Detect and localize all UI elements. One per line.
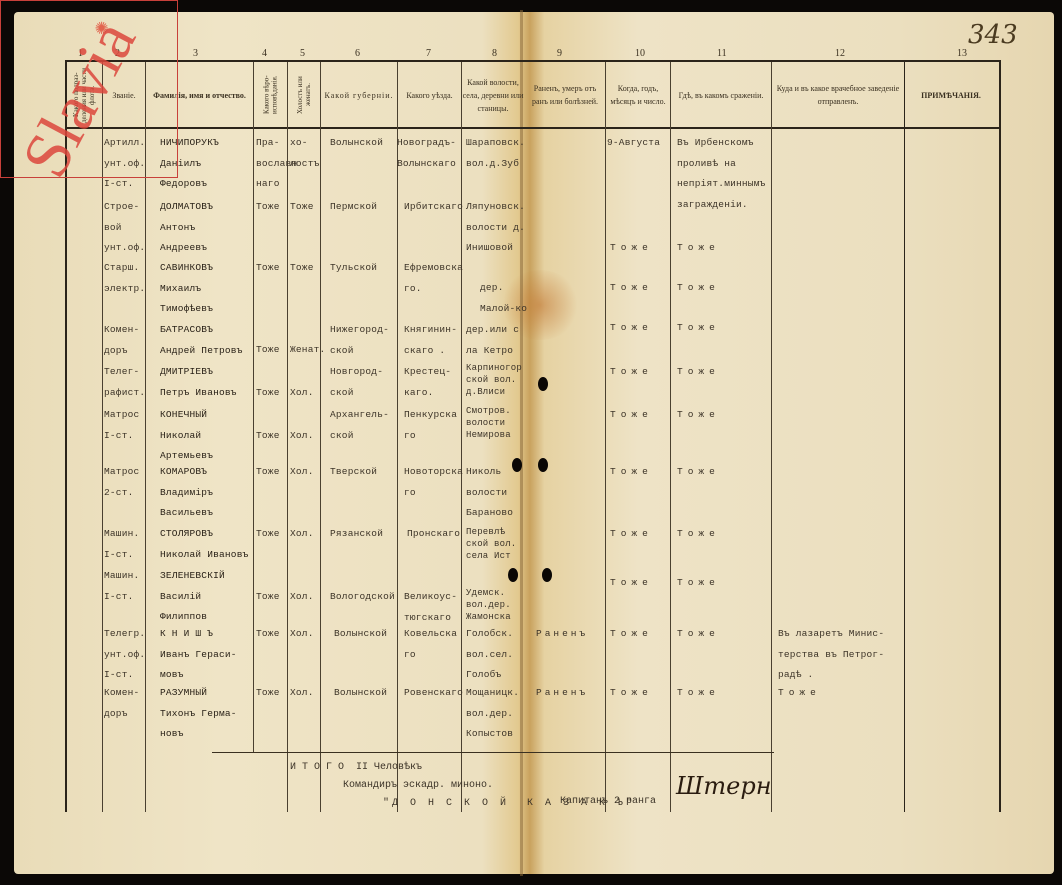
cell-uezd: Пенкурска го (404, 405, 457, 446)
header-hospital: Куда и въ какое врачебное заведеніе отпр… (772, 64, 904, 126)
cell-name: ЗЕЛЕНЕВСКІЙ Василій Филиппов (160, 566, 225, 628)
cell-gubernia: Волынской (330, 133, 383, 154)
column-number: 12 (835, 48, 845, 59)
cell-name: ДМИТРІЕВЪ Петръ Ивановъ (160, 362, 237, 403)
header-battle: Гдѣ, въ какомъ сраженіи. (671, 64, 771, 126)
cell-marital: Тоже (290, 258, 314, 279)
column-number: 3 (193, 48, 198, 59)
cell-uezd: Новоторска го (404, 462, 463, 503)
cell-marital: Женат. (290, 340, 325, 361)
cell-date: Тоже (610, 278, 653, 299)
cell-marital: Хол. (290, 524, 314, 545)
cell-rank: Старш. электр. (104, 258, 145, 299)
column-number: 11 (717, 48, 727, 59)
cell-uezd: Ровенскаго (404, 683, 463, 704)
cell-date: Тоже (610, 462, 653, 483)
cell-hospital: Въ лазаретъ Минис- терства въ Петрог- ра… (778, 624, 884, 686)
cell-rank: Комен- доръ (104, 683, 139, 724)
cell-battle: Тоже (677, 524, 720, 545)
captain-rank: Капитанъ 2 ранга (560, 796, 656, 807)
cell-name: КОМАРОВЪ Владиміръ Васильевъ (160, 462, 213, 524)
cell-battle: Тоже (677, 405, 720, 426)
cell-marital: Хол. (290, 462, 314, 483)
cell-volost: дер. Малой-ко (480, 278, 527, 319)
watermark-frame: ✺ Slavia (0, 0, 178, 178)
cell-volost: Карпиногор ской вол. д.Влиси (466, 362, 522, 398)
cell-rank: Комен- доръ (104, 320, 139, 361)
cell-date: Тоже (610, 624, 653, 645)
cell-rank: Строе- вой унт.оф. (104, 197, 145, 259)
header-uezd: Какого уѣзда. (398, 64, 461, 126)
column-divider (771, 62, 772, 812)
cell-battle: Тоже (677, 683, 720, 704)
cell-date: Тоже (610, 524, 653, 545)
cell-gubernia: Тульской (330, 258, 377, 279)
cell-uezd: Крестец- каго. (404, 362, 451, 403)
cell-name: РАЗУМНЫЙ Тихонъ Герма- новъ (160, 683, 237, 745)
cell-gubernia: Волынской (334, 624, 387, 645)
cell-battle: Тоже (677, 573, 720, 594)
cell-rank: Телегр. унт.оф. I-ст. (104, 624, 145, 686)
cell-uezd: Ковельска го (404, 624, 457, 665)
punch-hole (542, 568, 552, 582)
header-marital-status: Холостъ или женатъ. (288, 64, 320, 126)
column-divider (670, 62, 671, 812)
cell-gubernia: Вологодской (330, 587, 395, 608)
cell-religion: Тоже (256, 462, 280, 483)
cell-date: Тоже (610, 683, 653, 704)
column-number: 10 (635, 48, 645, 59)
cell-date: Тоже (610, 238, 653, 259)
header-date: Когда, годъ, мѣсяцъ и число. (606, 64, 670, 126)
cell-date: Тоже (610, 405, 653, 426)
header-notes: ПРИМѢЧАНІЯ. (905, 64, 997, 126)
cell-battle: Тоже (677, 278, 720, 299)
cell-battle: Тоже (677, 318, 720, 339)
handwritten-page-number: 343 (968, 20, 1018, 50)
cell-battle: Въ Ирбенскомъ проливѣ на непріят.миннымъ… (677, 133, 766, 215)
cell-casualty: Раненъ (536, 683, 588, 704)
cell-gubernia: Нижегород- ской (330, 320, 389, 361)
punch-hole (538, 377, 548, 391)
cell-religion: Тоже (256, 587, 280, 608)
cell-name: СТОЛЯРОВЪ Николай Ивановъ (160, 524, 249, 565)
cell-date: Тоже (610, 318, 653, 339)
cell-date: 9-Августа (607, 133, 660, 154)
column-divider (605, 62, 606, 812)
cell-volost: Смотров. волости Немирова (466, 405, 511, 441)
cell-volost: Шараповск. вол.д.Зуб (466, 133, 525, 174)
column-number: 8 (492, 48, 497, 59)
cell-marital: Хол. (290, 587, 314, 608)
cell-religion: Тоже (256, 624, 280, 645)
cell-uezd: Ирбитскаго (404, 197, 463, 218)
cell-uezd: Ефремовска го. (404, 258, 463, 299)
cell-name: КОНЕЧНЫЙ Николай Артемьевъ (160, 405, 213, 467)
cell-name: ДОЛМАТОВЪ Антонъ Андреевъ (160, 197, 213, 259)
cell-gubernia: Архангель- ской (330, 405, 389, 446)
cell-marital: Хол. (290, 624, 314, 645)
cell-religion: Тоже (256, 197, 280, 218)
cell-name: БАТРАСОВЪ Андрей Петровъ (160, 320, 243, 361)
cell-gubernia: Тверской (330, 462, 377, 483)
cell-battle: Тоже (677, 624, 720, 645)
column-divider (397, 62, 398, 812)
cell-volost: Мощаницк. вол.дер. Копыстов (466, 683, 519, 745)
cell-religion: Тоже (256, 426, 280, 447)
column-divider (253, 62, 254, 752)
cell-volost: Удемск. вол.дер. Жамонска (466, 587, 511, 623)
cell-uezd: Великоус- тюгскаго (404, 587, 457, 628)
cell-volost: Голобск. вол.сел. Голобъ (466, 624, 513, 686)
cell-battle: Тоже (677, 238, 720, 259)
column-divider (320, 62, 321, 812)
cell-volost: дер.или с ла Кетро (466, 320, 519, 361)
cell-rank: Машин. I-ст. (104, 566, 139, 607)
cell-uezd: Новоградъ- Волынскаго (397, 133, 456, 174)
total-count: И Т О Г О II Человѣкъ (290, 762, 422, 773)
cell-rank: Телег- рафист. (104, 362, 145, 403)
cell-battle: Тоже (677, 362, 720, 383)
cell-marital: Хол. (290, 683, 314, 704)
punch-hole (538, 458, 548, 472)
column-number: 13 (957, 48, 967, 59)
column-number: 4 (262, 48, 267, 59)
cell-gubernia: Пермской (330, 197, 377, 218)
cell-date: Тоже (610, 362, 653, 383)
cell-religion: Тоже (256, 383, 280, 404)
cell-religion: Тоже (256, 340, 280, 361)
cell-religion: Тоже (256, 258, 280, 279)
cell-religion: Тоже (256, 524, 280, 545)
column-divider (904, 62, 905, 812)
header-divider (65, 127, 999, 129)
watermark-text: Slavia (7, 8, 152, 189)
cell-gubernia: Новгород- ской (330, 362, 383, 403)
cell-date: Тоже (610, 573, 653, 594)
cell-rank: Матрос I-ст. (104, 405, 139, 446)
cell-uezd: Княгинин- скаго . (404, 320, 457, 361)
header-gubernia: Какой губерніи. (321, 64, 397, 126)
cell-name: САВИНКОВЪ Михаилъ Тимофѣевъ (160, 258, 213, 320)
cell-battle: Тоже (677, 462, 720, 483)
punch-hole (512, 458, 522, 472)
cell-marital: Хол. (290, 426, 314, 447)
punch-hole (508, 568, 518, 582)
cell-marital: Тоже (290, 197, 314, 218)
total-divider (212, 752, 774, 753)
cell-gubernia: Рязанской (330, 524, 383, 545)
cell-religion: Тоже (256, 683, 280, 704)
cell-marital: Хол. (290, 383, 314, 404)
signature: Штерн (676, 772, 772, 800)
cell-casualty: Раненъ (536, 624, 588, 645)
cell-hospital: Тоже (778, 683, 821, 704)
column-number: 7 (426, 48, 431, 59)
cell-marital: хо- лостъ (290, 133, 320, 174)
cell-uezd: Пронскаго (407, 524, 460, 545)
column-number: 6 (355, 48, 360, 59)
column-number: 5 (300, 48, 305, 59)
header-volost: Какой волости, села, деревни или станицы… (462, 64, 524, 126)
cell-gubernia: Волынской (334, 683, 387, 704)
commander-title: Командиръ эскадр. миноно. (343, 780, 493, 791)
column-number: 9 (557, 48, 562, 59)
cell-rank: Матрос 2-ст. (104, 462, 139, 503)
cell-volost: Ляпуновск. волости д. Инишовой (466, 197, 525, 259)
cell-volost: Николь волости Бараново (466, 462, 513, 524)
cell-rank: Машин. I-ст. (104, 524, 139, 565)
cell-name: К Н И Ш Ъ Иванъ Гераси- мовъ (160, 624, 237, 686)
header-religion: Какого вѣро-исповѣданія. (254, 64, 287, 126)
cell-volost: Перевлѣ ской вол. села Ист (466, 526, 516, 562)
header-casualty-type: Раненъ, умеръ отъ ранъ или болѣзней. (526, 64, 604, 126)
